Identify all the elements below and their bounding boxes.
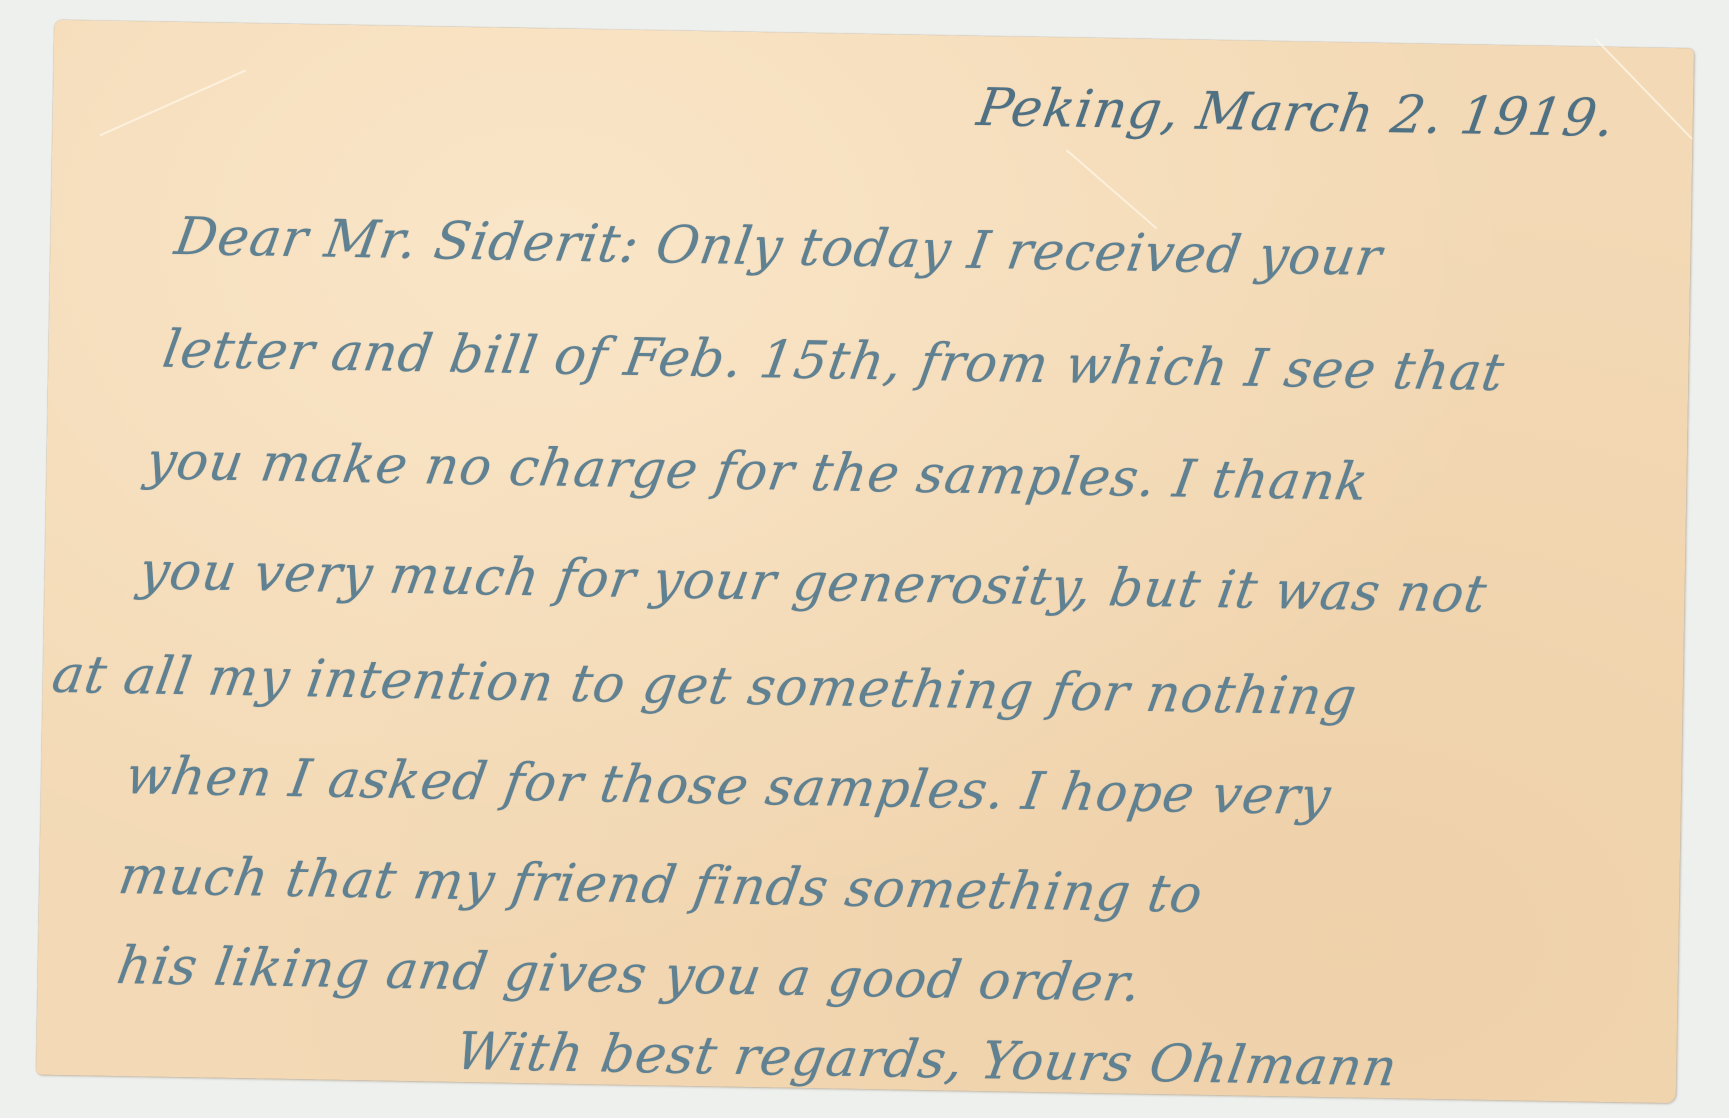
letter-line-3: you make no charge for the samples. I th… xyxy=(142,432,1373,513)
letter-line-7: much that my friend finds something to xyxy=(115,846,1208,925)
crease xyxy=(99,69,246,136)
letter-line-6: when I asked for those samples. I hope v… xyxy=(121,746,1335,827)
letter-line-4: you very much for your generosity, but i… xyxy=(135,541,1491,624)
dateline: Peking, March 2. 1919. xyxy=(973,78,1619,149)
crease xyxy=(1066,149,1158,229)
letter-line-5: at all my intention to get something for… xyxy=(48,645,1361,728)
letter-line-8: his liking and gives you a good order. xyxy=(113,936,1146,1014)
postcard: Peking, March 2. 1919. Dear Mr. Siderit:… xyxy=(36,20,1694,1103)
letter-line-2: letter and bill of Feb. 15th, from which… xyxy=(159,320,1509,403)
closing-signature: With best regards, Yours Ohlmann xyxy=(452,1022,1402,1098)
letter-line-1: Dear Mr. Siderit: Only today I received … xyxy=(171,207,1387,288)
